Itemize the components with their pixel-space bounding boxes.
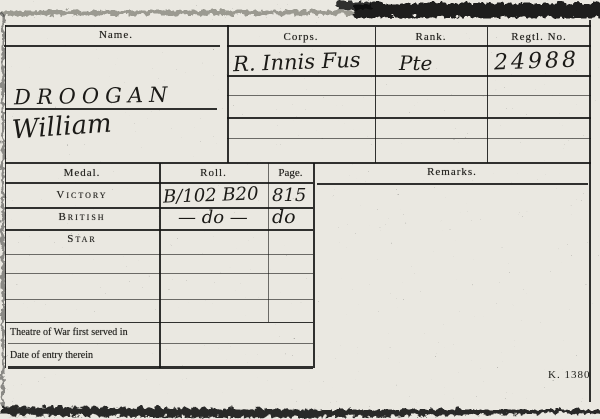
- rule-name-corps-divider: [227, 25, 229, 163]
- rule-mid-divider: [5, 162, 591, 164]
- rule-medal-row-star: [5, 254, 313, 255]
- rule-medal-row-victory: [5, 207, 313, 209]
- theatre-of-war-label: Theatre of War first served in: [10, 327, 160, 338]
- british-page-handwritten: do: [272, 206, 296, 228]
- rule-service-header-underline: [227, 45, 591, 47]
- date-of-entry-label: Date of entry therein: [10, 350, 160, 361]
- victory-page-handwritten: 815: [272, 185, 306, 206]
- medal-column-header: Medal.: [5, 167, 159, 179]
- rule-medal-row-empty-2: [5, 299, 313, 300]
- victory-roll-handwritten: B/102 B20: [163, 183, 259, 207]
- rule-bottom-thick: [8, 366, 313, 369]
- rule-service-row-4: [227, 138, 591, 139]
- corps-handwritten: R. Innis Fus: [233, 48, 361, 76]
- medal-label-victory: Victory: [5, 189, 159, 201]
- rank-handwritten: Pte: [399, 51, 432, 75]
- card-grid-and-text: Name. Corps. Rank. Regtl. No. Medal. Rol…: [0, 0, 600, 419]
- remarks-header: Remarks.: [313, 166, 591, 178]
- forename-handwritten: William: [11, 109, 113, 146]
- medal-index-card-scan: Name. Corps. Rank. Regtl. No. Medal. Rol…: [0, 0, 600, 419]
- rule-service-row-3: [227, 117, 591, 119]
- medal-label-british: British: [5, 211, 159, 223]
- british-roll-handwritten: — do —: [178, 207, 248, 228]
- rule-medal-row-empty-1: [5, 273, 313, 274]
- rule-service-row-1: [227, 75, 591, 77]
- medal-label-star: Star: [5, 233, 159, 245]
- rank-header-label: Rank.: [375, 31, 487, 43]
- surname-handwritten: DROOGAN: [14, 83, 174, 110]
- rule-page-remarks-divider: [313, 163, 315, 368]
- rule-top-border: [5, 25, 591, 27]
- corps-header-label: Corps.: [227, 31, 375, 43]
- rule-medal-row-british: [5, 229, 313, 231]
- rule-name-header-underline: [4, 45, 220, 47]
- rule-theatre-date-divider: [8, 343, 313, 344]
- rule-right-border: [589, 20, 591, 402]
- roll-column-header: Roll.: [159, 167, 268, 179]
- regtl-no-header-label: Regtl. No.: [487, 31, 591, 43]
- regtl-no-handwritten: 24988: [494, 48, 580, 76]
- rule-remarks-header-underline: [317, 183, 588, 185]
- rule-service-row-2: [227, 95, 591, 96]
- name-header-label: Name.: [5, 29, 227, 41]
- rule-theatre-row-top: [5, 322, 313, 323]
- form-number: K. 1380: [548, 369, 590, 381]
- page-column-header: Page.: [268, 167, 313, 179]
